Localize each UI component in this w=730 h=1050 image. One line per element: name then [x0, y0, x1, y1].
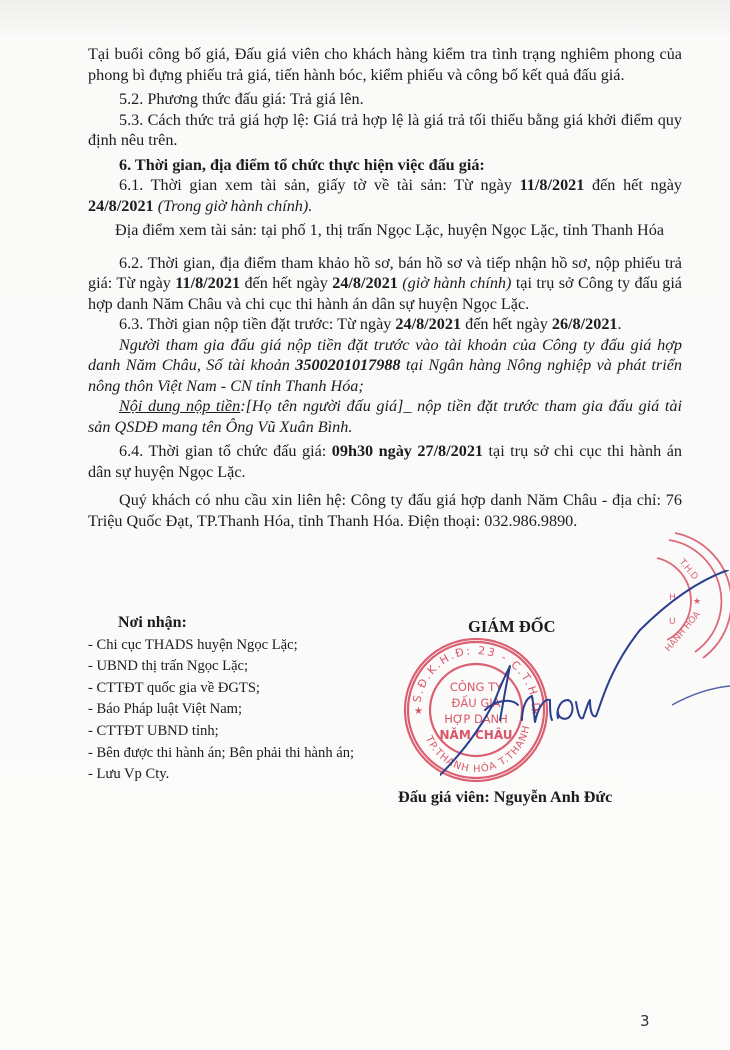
- svg-text:★: ★: [414, 706, 423, 717]
- paragraph-6-2: 6.2. Thời gian, địa điểm tham khảo hồ sơ…: [88, 253, 682, 315]
- recipients-title: Nơi nhận:: [88, 612, 388, 634]
- section-6-heading: 6. Thời gian, địa điểm tổ chức thực hiện…: [88, 155, 682, 176]
- date-start: 11/8/2021: [175, 274, 240, 292]
- text: đến hết ngày: [240, 274, 332, 292]
- paragraph-payment-content: Nội dung nộp tiền:[Họ tên người đấu giá]…: [88, 396, 682, 437]
- date-end: 24/8/2021: [88, 197, 154, 215]
- recipient-item: - Lưu Vp Cty.: [88, 764, 388, 786]
- paragraph-envelope-check: Tại buổi công bố giá, Đấu giá viên cho k…: [88, 44, 682, 85]
- text: 6.3. Thời gian nộp tiền đặt trước: Từ ng…: [119, 315, 395, 333]
- note: (giờ hành chính): [398, 274, 512, 292]
- paragraph-6-3: 6.3. Thời gian nộp tiền đặt trước: Từ ng…: [88, 314, 682, 335]
- payment-content-label: Nội dung nộp tiền: [119, 397, 240, 415]
- recipient-item: - Báo Pháp luật Việt Nam;: [88, 699, 388, 721]
- text: đến hết ngày: [461, 315, 552, 333]
- document-body: Tại buổi công bố giá, Đấu giá viên cho k…: [88, 44, 682, 531]
- recipient-item: - CTTĐT quốc gia về ĐGTS;: [88, 678, 388, 700]
- recipient-item: - Chi cục THADS huyện Ngọc Lặc;: [88, 635, 388, 657]
- recipients-block: Nơi nhận: - Chi cục THADS huyện Ngọc Lặc…: [88, 612, 388, 786]
- paragraph-valid-bid: 5.3. Cách thức trả giá hợp lệ: Giá trả h…: [88, 110, 682, 151]
- date-start: 24/8/2021: [395, 315, 461, 333]
- bank-account-number: 3500201017988: [295, 356, 400, 374]
- date-end: 26/8/2021: [552, 315, 618, 333]
- document-page: Tại buổi công bố giá, Đấu giá viên cho k…: [0, 0, 730, 1050]
- recipient-item: - Bên được thi hành án; Bên phải thi hàn…: [88, 743, 388, 765]
- signature-icon: [440, 570, 730, 810]
- paragraph-auction-method: 5.2. Phương thức đấu giá: Trả giá lên.: [88, 89, 682, 110]
- recipients-list: - Chi cục THADS huyện Ngọc Lặc; - UBND t…: [88, 635, 388, 786]
- text: 6.4. Thời gian tổ chức đấu giá:: [119, 442, 332, 460]
- date-start: 11/8/2021: [520, 176, 585, 194]
- recipient-item: - UBND thị trấn Ngọc Lặc;: [88, 656, 388, 678]
- text: 6.1. Thời gian xem tài sản, giấy tờ về t…: [119, 176, 520, 194]
- paragraph-6-1: 6.1. Thời gian xem tài sản, giấy tờ về t…: [88, 175, 682, 216]
- text: .: [618, 315, 622, 333]
- signer-name: Đấu giá viên: Nguyễn Anh Đức: [398, 788, 612, 807]
- text: đến hết ngày: [584, 176, 682, 194]
- date-end: 24/8/2021: [332, 274, 398, 292]
- auction-datetime: 09h30 ngày 27/8/2021: [332, 442, 483, 460]
- page-number: 3: [640, 1012, 650, 1030]
- paragraph-6-4: 6.4. Thời gian tổ chức đấu giá: 09h30 ng…: [88, 441, 682, 482]
- paragraph-deposit: Người tham gia đấu giá nộp tiền đặt trướ…: [88, 335, 682, 397]
- note: (Trong giờ hành chính).: [154, 197, 313, 215]
- recipient-item: - CTTĐT UBND tỉnh;: [88, 721, 388, 743]
- paragraph-viewing-location: Địa điểm xem tài sản: tại phố 1, thị trấ…: [88, 220, 682, 241]
- paragraph-contact: Quý khách có nhu cầu xin liên hệ: Công t…: [88, 490, 682, 531]
